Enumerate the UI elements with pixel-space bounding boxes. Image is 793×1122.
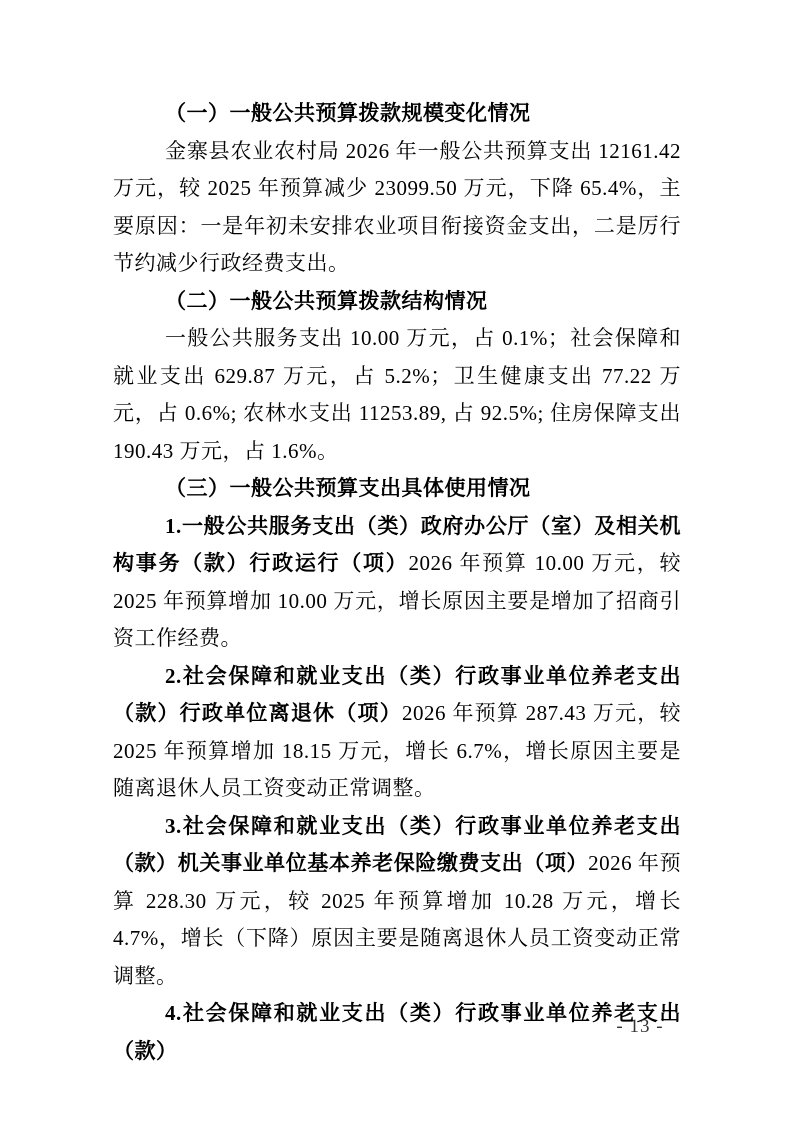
paragraph-item-3: 3.社会保障和就业支出（类）行政事业单位养老支出（款）机关事业单位基本养老保险缴… [113, 808, 681, 996]
document-page: （一）一般公共预算拨款规模变化情况 金寨县农业农村局 2026 年一般公共预算支… [0, 0, 793, 1122]
section-heading-expenditure-detail: （三）一般公共预算支出具体使用情况 [113, 470, 681, 508]
paragraph-item-1: 1.一般公共服务支出（类）政府办公厅（室）及相关机构事务（款）行政运行（项）20… [113, 508, 681, 658]
section-heading-funding-structure: （二）一般公共预算拨款结构情况 [113, 283, 681, 321]
page-number: - 13 - [595, 1014, 685, 1040]
paragraph-item-2: 2.社会保障和就业支出（类）行政事业单位养老支出（款）行政单位离退休（项）202… [113, 658, 681, 808]
paragraph-funding-scale: 金寨县农业农村局 2026 年一般公共预算支出 12161.42 万元，较 20… [113, 133, 681, 283]
document-content: （一）一般公共预算拨款规模变化情况 金寨县农业农村局 2026 年一般公共预算支… [113, 95, 681, 1070]
paragraph-funding-structure: 一般公共服务支出 10.00 万元，占 0.1%；社会保障和就业支出 629.8… [113, 320, 681, 470]
section-heading-funding-scale: （一）一般公共预算拨款规模变化情况 [113, 95, 681, 133]
